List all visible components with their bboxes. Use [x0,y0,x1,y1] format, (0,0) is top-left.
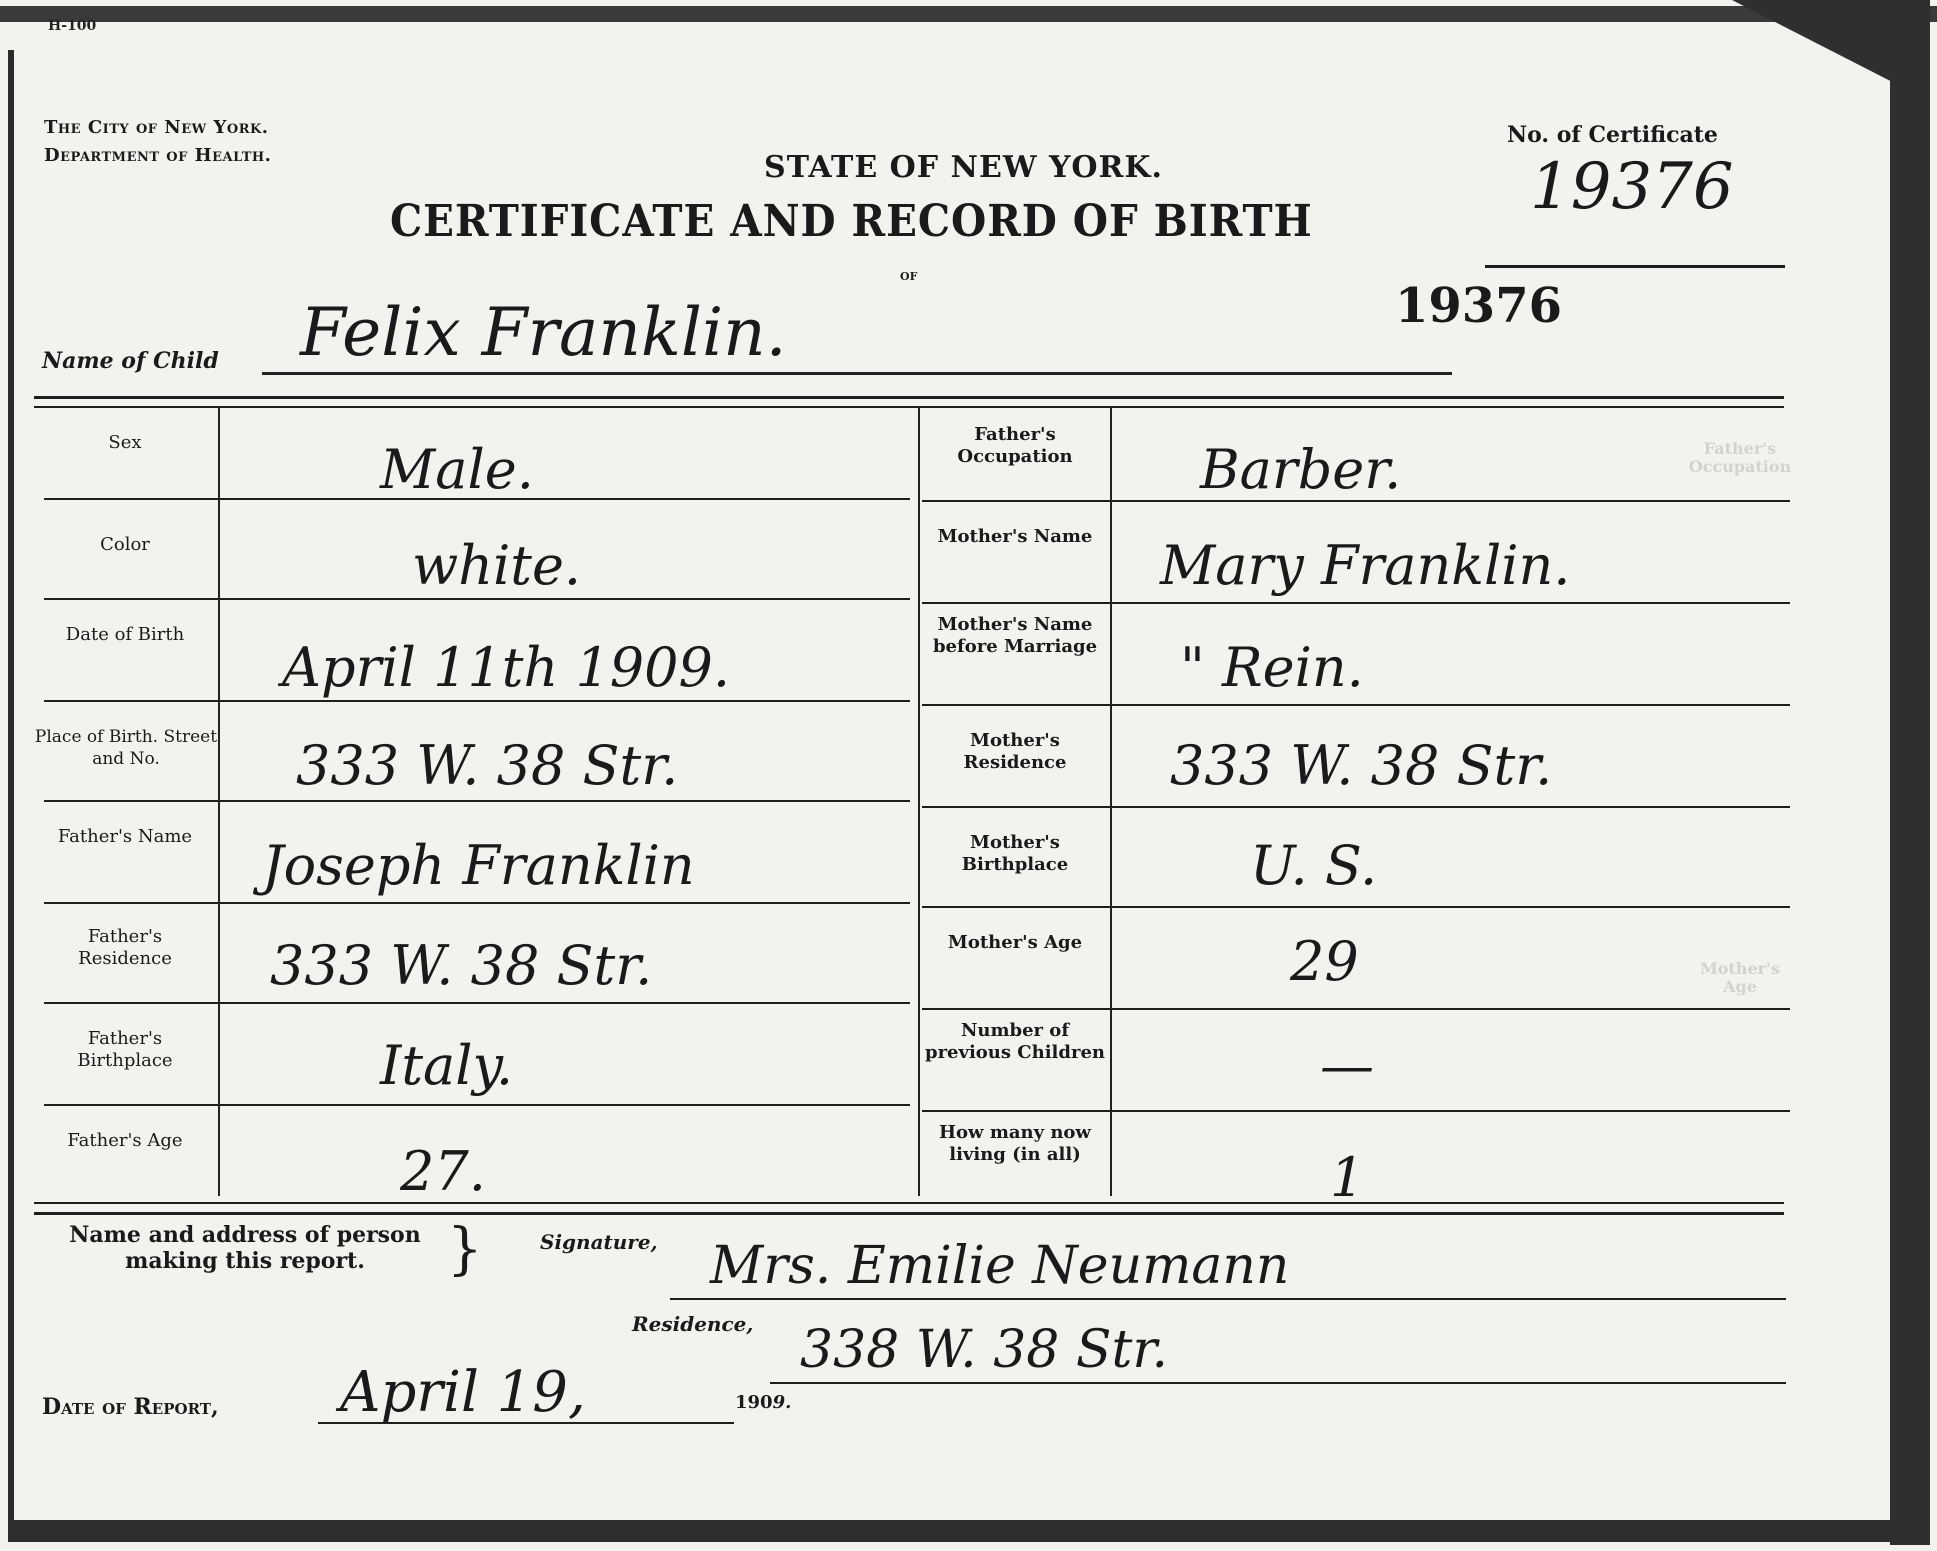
field-value: white. [412,534,581,597]
date-of-report-label: Date of Report, [42,1394,219,1420]
title-of: OF [900,270,917,283]
field-label: Color [40,534,210,556]
brace-icon: } [447,1222,483,1278]
birth-certificate: H-100 The City of New York. Department o… [0,0,1937,1551]
signature-line [670,1298,1786,1300]
row-rule [922,906,1790,908]
date-of-report-value: April 19, [340,1360,586,1425]
field-label: Mother's Age [922,932,1108,954]
issuer-city: The City of New York. [44,114,271,142]
child-name-line [262,372,1452,375]
row-rule [44,1002,910,1004]
signature-label: Signature, [540,1230,658,1254]
residence-label: Residence, [632,1312,753,1336]
field-value: — [1320,1034,1374,1097]
year-prefix: 190 [735,1392,773,1413]
field-label: Father's Name [40,826,210,848]
date-of-report-year: 1909. [735,1392,791,1413]
field-label: How many now living (in all) [922,1122,1108,1166]
certificate-number-label: No. of Certificate [1507,122,1718,148]
reporter-label: Name and address of person making this r… [40,1222,450,1274]
residence-line [770,1382,1786,1384]
residence-value: 338 W. 38 Str. [800,1320,1168,1380]
show-through-text: Father'sOccupation [1670,440,1810,476]
scan-border-bottom [8,1520,1928,1542]
field-value: 333 W. 38 Str. [270,934,652,997]
row-rule [922,704,1790,706]
field-value: Barber. [1200,438,1401,501]
date-of-report-line [318,1422,734,1424]
field-label: Place of Birth. Street and No. [34,726,218,770]
row-rule [922,806,1790,808]
row-rule [44,1104,910,1106]
row-rule [44,498,910,500]
signature-value: Mrs. Emilie Neumann [710,1236,1289,1296]
field-label: Mother's Name before Marriage [922,614,1108,658]
field-value: Italy. [380,1034,513,1097]
field-label: Number of previous Children [922,1020,1108,1064]
child-name-value: Felix Franklin. [300,294,787,371]
row-rule [922,500,1790,502]
field-value: April 11th 1909. [282,636,730,699]
field-value: 1 [1330,1146,1364,1209]
document-title: CERTIFICATE AND RECORD OF BIRTH [390,196,1313,247]
field-value: 27. [400,1140,486,1203]
certificate-number-stamped: 19376 [1395,278,1562,334]
field-value: 333 W. 38 Str. [296,734,678,797]
row-rule [44,800,910,802]
field-label: Sex [40,432,210,454]
col-divider-3 [1110,406,1112,1196]
scan-border-top [0,0,1937,24]
field-label: Father's Age [40,1130,210,1152]
show-through-text: Mother'sAge [1670,960,1810,996]
field-value: U. S. [1250,834,1377,897]
field-value: Mary Franklin. [1160,534,1570,597]
row-rule [44,700,910,702]
field-value: Joseph Franklin [262,834,695,897]
field-label: Date of Birth [40,624,210,646]
field-label: Father's Occupation [922,424,1108,468]
row-rule [922,1008,1790,1010]
table-top-rule-2 [34,406,1784,408]
table-top-rule [34,396,1784,399]
certificate-number-handwritten: 19376 [1530,152,1734,222]
field-value: 333 W. 38 Str. [1170,734,1552,797]
table-bottom-rule-2 [34,1212,1784,1215]
row-rule [44,902,910,904]
table-bottom-rule [34,1202,1784,1204]
row-rule [44,598,910,600]
field-label: Mother's Birthplace [922,832,1108,876]
row-rule [922,1110,1790,1112]
form-code: H-100 [48,18,96,34]
child-name-label: Name of Child [42,348,219,374]
field-value: " Rein. [1180,636,1364,699]
year-suffix: 9. [773,1392,792,1413]
row-rule [922,602,1790,604]
field-label: Mother's Residence [922,730,1108,774]
field-label: Father's Birthplace [40,1028,210,1072]
field-label: Father's Residence [40,926,210,970]
certificate-number-line [1485,265,1785,268]
field-value: Male. [380,438,534,501]
scan-border-left [8,50,14,1530]
field-value: 29 [1290,930,1359,993]
col-divider-2 [918,406,920,1196]
field-label: Mother's Name [922,526,1108,548]
